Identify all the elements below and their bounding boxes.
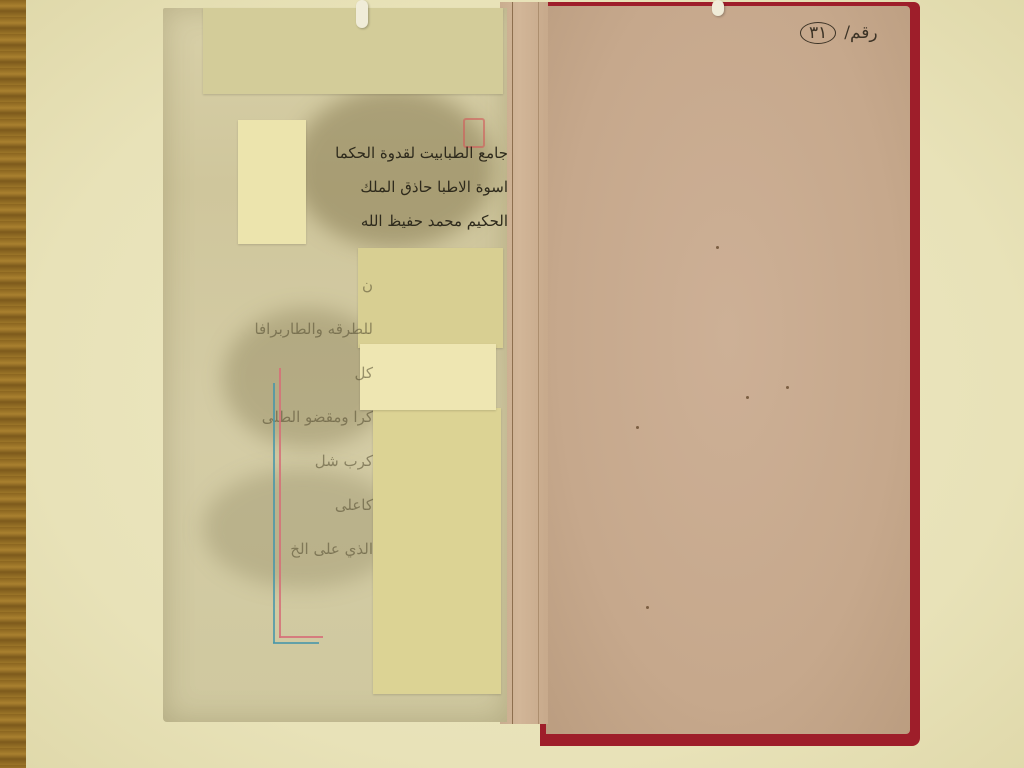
repair-patch [360, 344, 496, 410]
shelfmark-annotation: رقم/ ٣١ [800, 22, 878, 44]
left-manuscript-leaf: جامع الطبابيت لقدوة الحكما اسوة الاطبا ح… [163, 8, 507, 722]
wooden-table-edge [0, 0, 26, 768]
blue-margin-rule [273, 383, 275, 643]
book-clip [356, 0, 368, 28]
book-clip [712, 0, 724, 16]
fold-line [538, 2, 539, 724]
repair-patch [238, 120, 306, 244]
faded-line: الذي على الخ [223, 527, 373, 571]
book-gutter [500, 2, 548, 724]
faded-line: للطرقه والطاربرافا [223, 307, 373, 351]
manuscript-photo: رقم/ ٣١ جامع الطبابيت لقدوة الحكما اسوة … [0, 0, 1024, 768]
title-line: جامع الطبابيت لقدوة الحكما [303, 136, 508, 170]
faded-line: كاعلى [223, 483, 373, 527]
faded-line: كل [223, 351, 373, 395]
repair-patch [358, 248, 503, 348]
faded-line: ن [223, 263, 373, 307]
title-text-block: جامع الطبابيت لقدوة الحكما اسوة الاطبا ح… [303, 136, 508, 238]
foxing-spot [786, 386, 789, 389]
foxing-spot [636, 426, 639, 429]
foxing-spot [746, 396, 749, 399]
right-pastedown-page [546, 6, 910, 734]
shelfmark-number: ٣١ [800, 22, 836, 44]
red-margin-rule [279, 368, 281, 638]
faded-text-block: ن للطرقه والطاربرافا كل كرا ومقضو الطلى … [223, 263, 373, 571]
foxing-spot [646, 606, 649, 609]
blue-margin-rule [273, 642, 319, 644]
faded-line: كرا ومقضو الطلى [223, 395, 373, 439]
title-line: اسوة الاطبا حاذق الملك [303, 170, 508, 204]
shelfmark-prefix: رقم/ [844, 23, 877, 43]
foxing-spot [716, 246, 719, 249]
faded-line: كرب شل [223, 439, 373, 483]
red-margin-rule [279, 636, 323, 638]
repair-strip-top [203, 8, 503, 94]
repair-patch [373, 408, 501, 694]
fold-line [512, 2, 513, 724]
title-line: الحكيم محمد حفيظ الله [303, 204, 508, 238]
